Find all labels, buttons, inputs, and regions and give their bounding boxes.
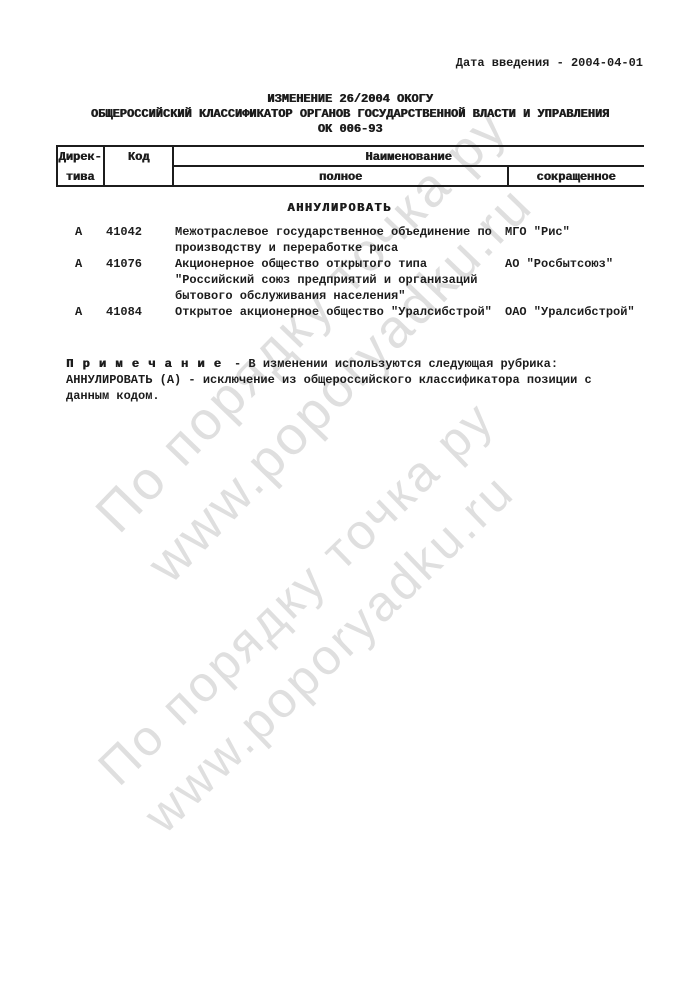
document-page: По порядку точка ру www.poporyadku.ru По… <box>0 0 700 990</box>
note-line-1-text: - В изменении используются следующая руб… <box>234 357 558 371</box>
title-line-2: ОБЩЕРОССИЙСКИЙ КЛАССИФИКАТОР ОРГАНОВ ГОС… <box>0 107 700 122</box>
table-row: А 41076 Акционерное общество открытого т… <box>0 256 700 304</box>
column-header-name: Наименование <box>173 149 644 165</box>
cell-code: 41084 <box>106 304 142 320</box>
note-body: АННУЛИРОВАТЬ (А) - исключение из общерос… <box>66 372 646 404</box>
column-header-directive-line2: тива <box>56 169 104 185</box>
title-line-3: ОК 006-93 <box>0 122 700 137</box>
cell-directive: А <box>75 256 82 272</box>
column-header-name-full: полное <box>173 169 508 185</box>
cell-code: 41076 <box>106 256 142 272</box>
table-border-top <box>56 145 644 147</box>
cell-short-name: ОАО "Уралсибстрой" <box>505 304 635 320</box>
column-header-code: Код <box>104 149 173 165</box>
column-header-directive-line1: Дирек- <box>56 149 104 165</box>
note-block: П р и м е ч а н и е - В изменении исполь… <box>66 356 646 404</box>
table-border-bottom <box>56 185 644 187</box>
cell-full-name: Открытое акционерное общество "Уралсибст… <box>175 304 507 320</box>
section-label-annul: АННУЛИРОВАТЬ <box>172 200 507 216</box>
table-row: А 41084 Открытое акционерное общество "У… <box>0 304 700 320</box>
cell-full-name: Акционерное общество открытого типа "Рос… <box>175 256 507 304</box>
cell-code: 41042 <box>106 224 142 240</box>
cell-directive: А <box>75 304 82 320</box>
cell-short-name: МГО "Рис" <box>505 224 570 240</box>
table-body: А 41042 Межотраслевое государственное об… <box>0 224 700 320</box>
title-line-1: ИЗМЕНЕНИЕ 26/2004 ОКОГУ <box>0 92 700 107</box>
note-label: П р и м е ч а н и е <box>66 357 222 371</box>
cell-directive: А <box>75 224 82 240</box>
document-title: ИЗМЕНЕНИЕ 26/2004 ОКОГУ ОБЩЕРОССИЙСКИЙ К… <box>0 92 700 137</box>
note-line-1: П р и м е ч а н и е - В изменении исполь… <box>66 356 646 372</box>
cell-full-name: Межотраслевое государственное объединени… <box>175 224 507 256</box>
table-row: А 41042 Межотраслевое государственное об… <box>0 224 700 256</box>
cell-short-name: АО "Росбытсоюз" <box>505 256 613 272</box>
date-of-introduction: Дата введения - 2004-04-01 <box>456 55 643 71</box>
table-border-under-name <box>172 165 644 167</box>
column-header-name-short: сокращенное <box>508 169 644 185</box>
